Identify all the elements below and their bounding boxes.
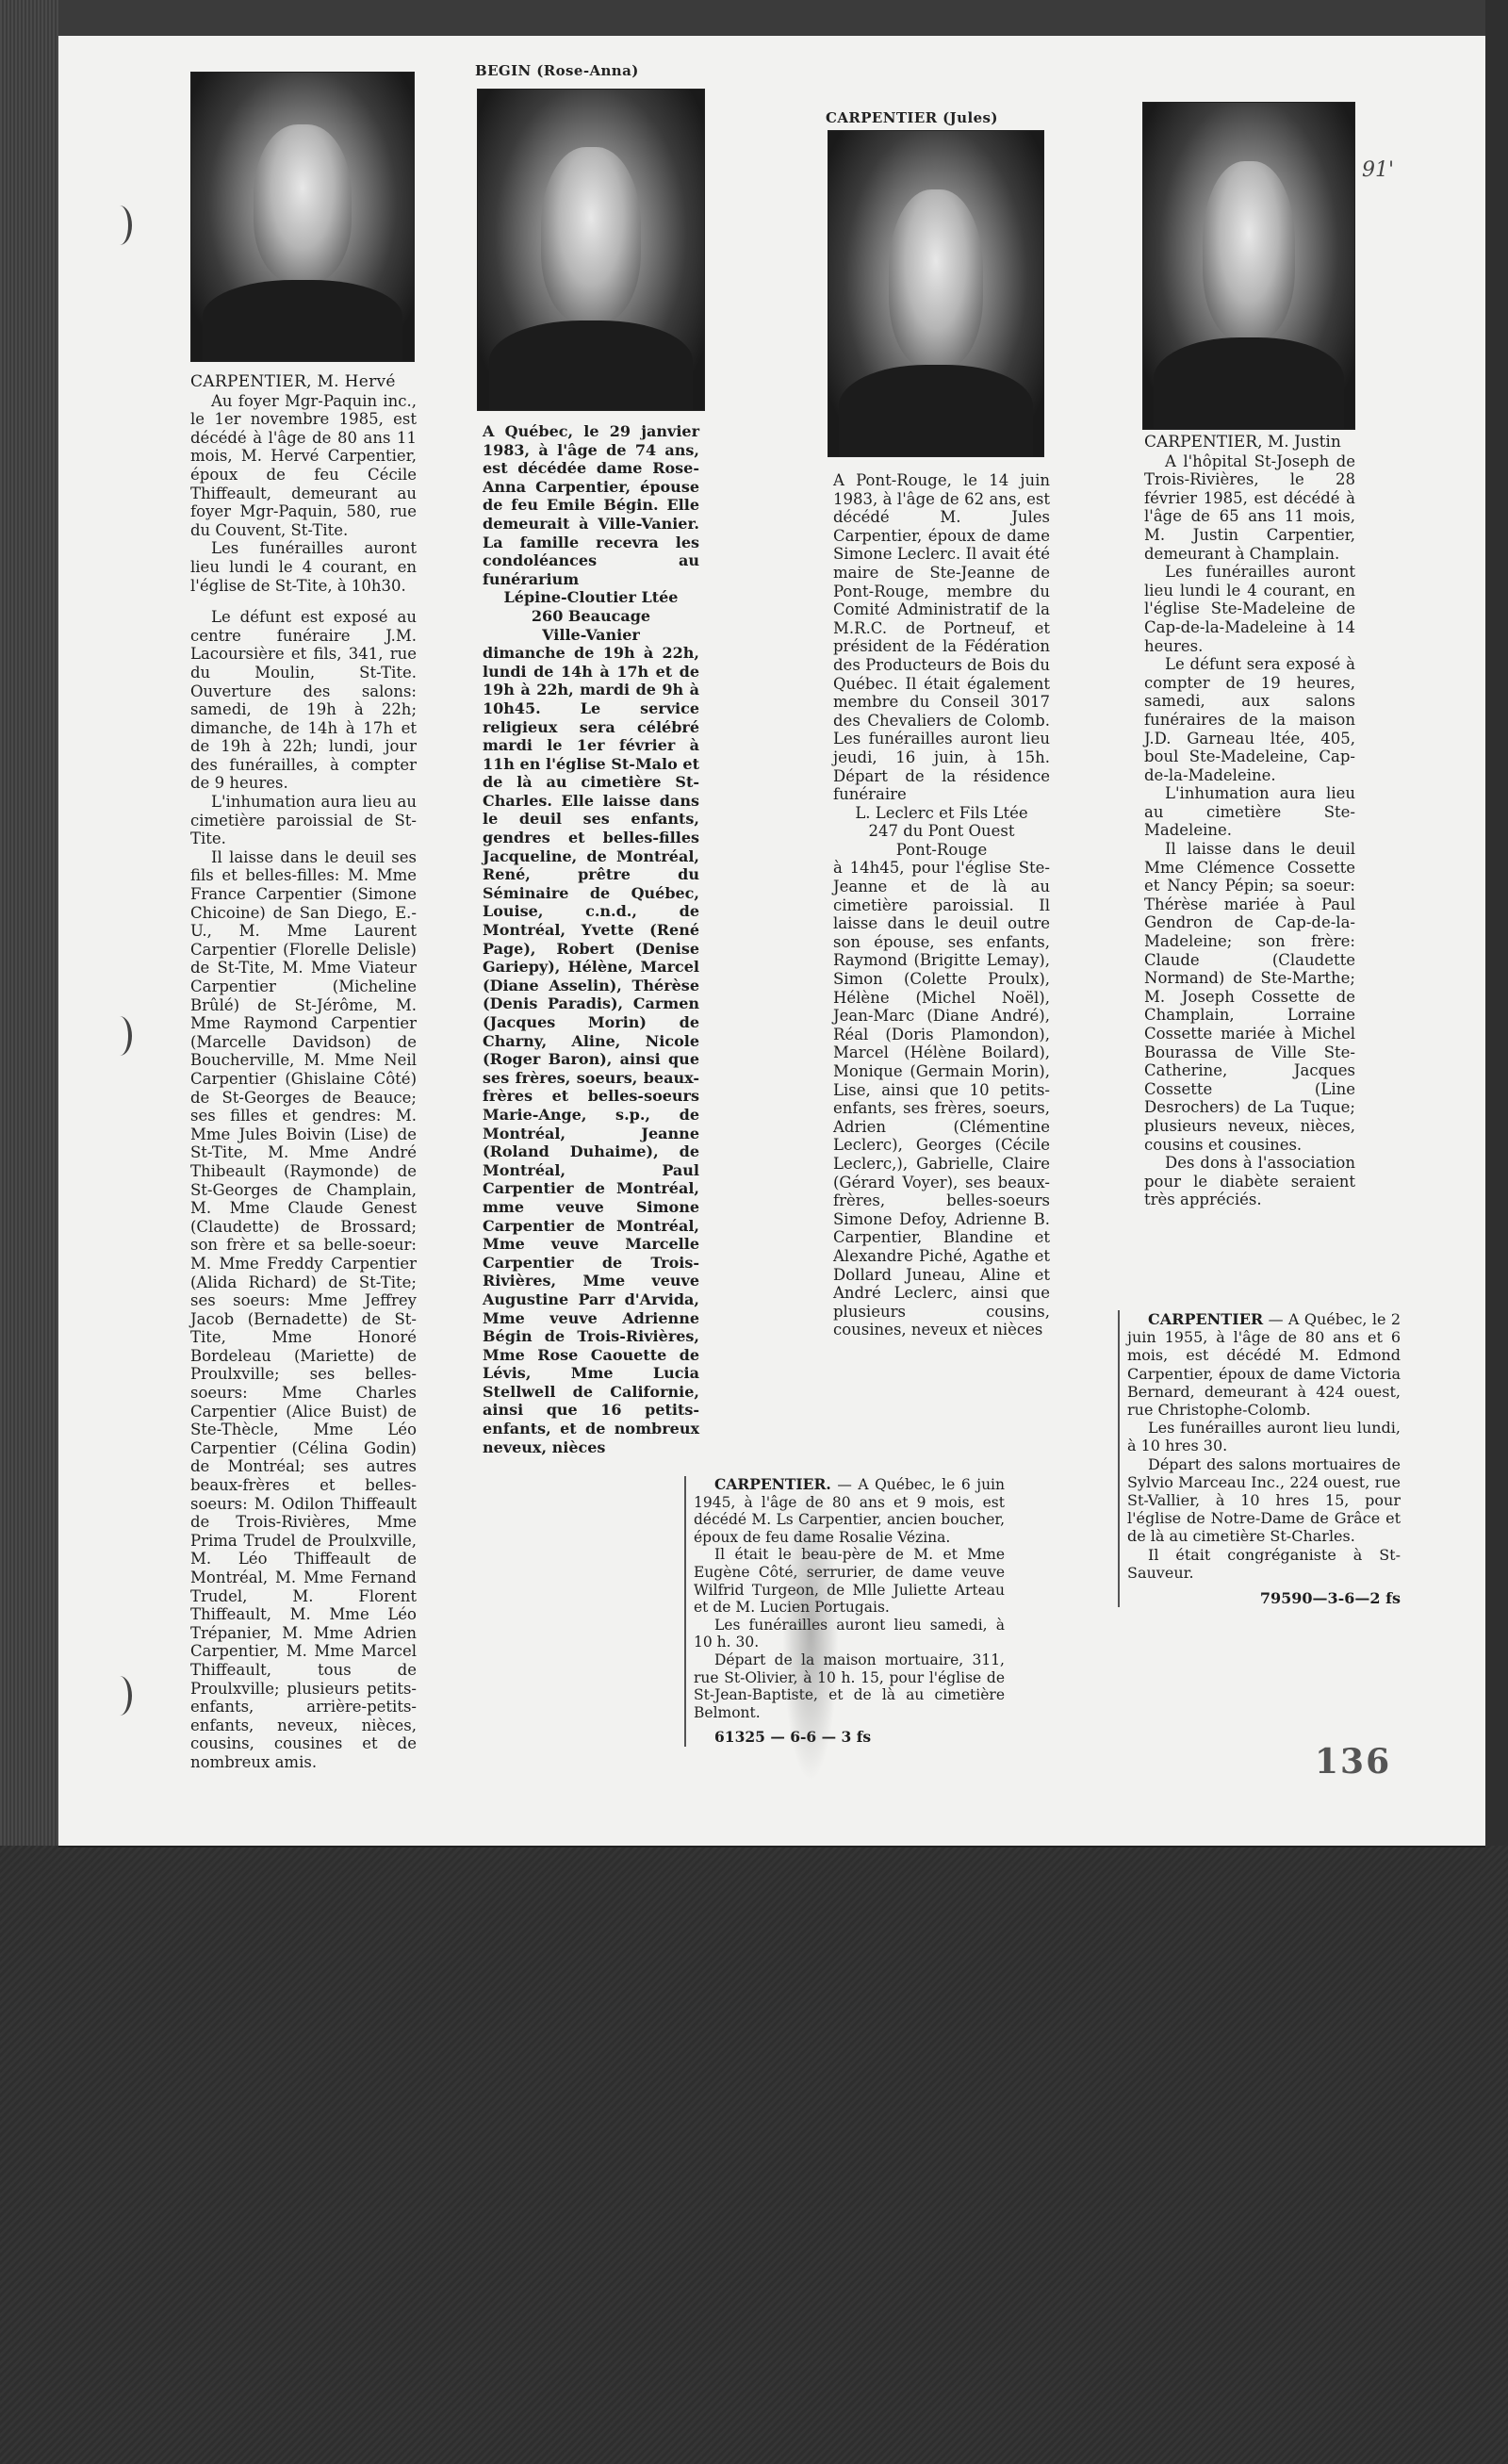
photo-herve-carpentier [190,72,415,362]
ink-smudge [782,1480,839,1782]
obituary-herve-carpentier: CARPENTIER, M. Hervé Au foyer Mgr-Paquin… [190,373,417,1772]
binder-hole-mark [107,205,132,245]
caption-jules-carpentier: CARPENTIER (Jules) [826,109,998,126]
page-number: 136 [1315,1742,1391,1782]
clipping-ls-carpentier: CARPENTIER. — A Québec, le 6 juin 1945, … [684,1476,1005,1747]
binder-hole-mark [107,1016,132,1056]
photo-justin-carpentier [1142,102,1355,430]
obituary-heading: CARPENTIER, M. Justin [1144,434,1355,452]
scanner-background-bottom [0,1846,1508,2464]
obituary-jules-carpentier: A Pont-Rouge, le 14 juin 1983, à l'âge d… [833,471,1050,1339]
photo-jules-carpentier [828,130,1044,457]
photo-rose-anna-begin [477,89,705,411]
clipping-reference: 79590—3-6—2 fs [1127,1589,1401,1607]
scanner-background-top [0,0,1508,38]
obituary-rose-anna-begin: A Québec, le 29 janvier 1983, à l'âge de… [483,422,699,1456]
clipping-reference: 61325 — 6-6 — 3 fs [694,1729,1005,1747]
clipping-edmond-carpentier: CARPENTIER — A Québec, le 2 juin 1955, à… [1118,1310,1401,1607]
caption-begin: BEGIN (Rose-Anna) [475,62,639,79]
binder-hole-mark [107,1676,132,1716]
handwritten-note: 91' [1362,158,1394,182]
obituary-heading: CARPENTIER, M. Hervé [190,373,417,392]
obituary-justin-carpentier: CARPENTIER, M. Justin A l'hôpital St-Jos… [1144,434,1355,1209]
